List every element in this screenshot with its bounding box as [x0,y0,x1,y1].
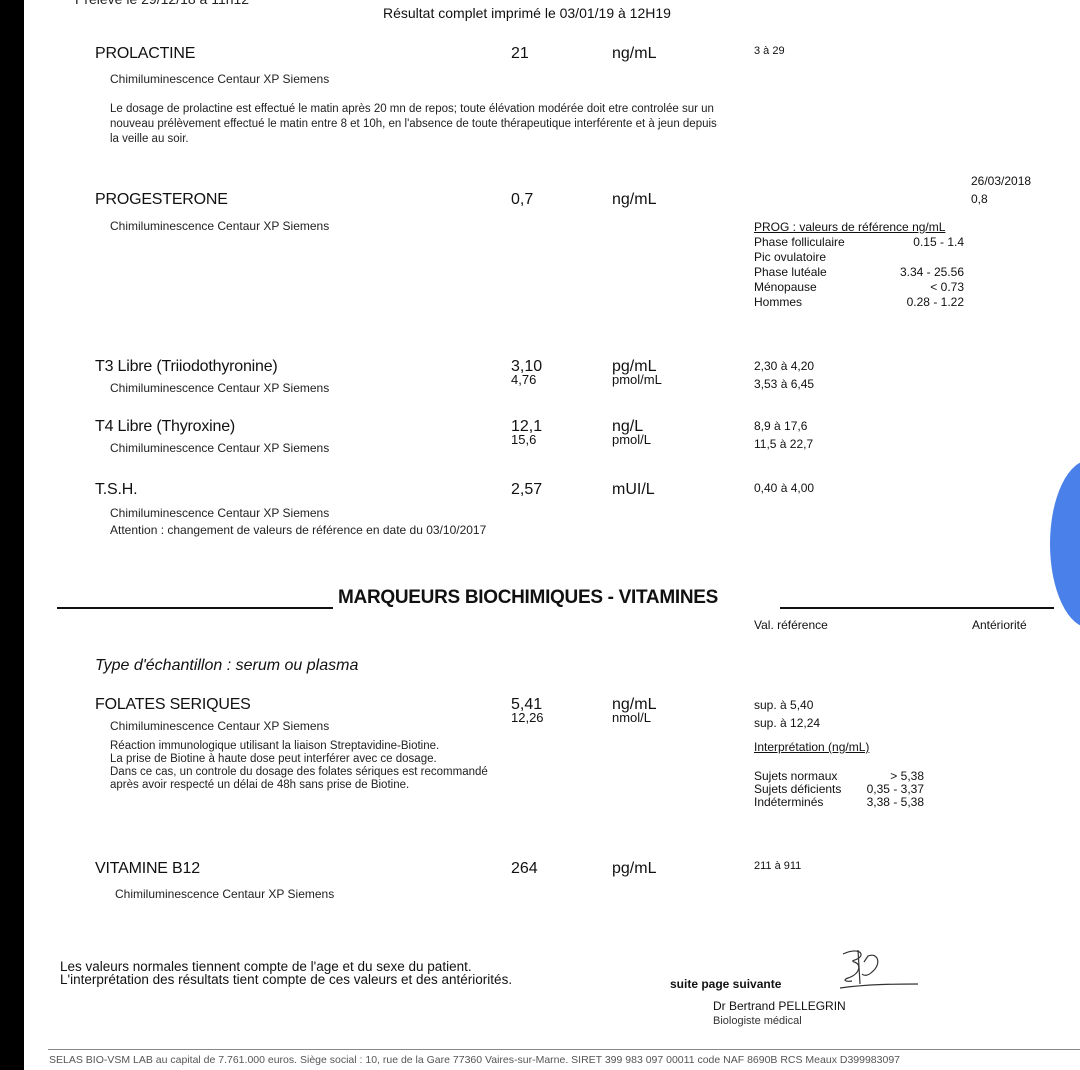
test-value-2: 15,6 [511,434,536,446]
test-unit: mUI/L [612,481,655,499]
test-note-3: Dans ce cas, un controle du dosage des f… [110,766,488,779]
test-name: FOLATES SERIQUES [95,696,251,714]
test-value: 21 [511,45,529,63]
test-name: T4 Libre (Thyroxine) [95,418,235,436]
print-date: Résultat complet imprimé le 03/01/19 à 1… [383,5,671,21]
folates-interpretation-table: Sujets normaux> 5,38 Sujets déficients0,… [754,770,924,809]
test-ref: 3 à 29 [754,45,785,57]
ref-row: Ménopause< 0.73 [754,280,964,295]
section-title: MARQUEURS BIOCHIMIQUES - VITAMINES [338,587,718,609]
column-header-prior: Antériorité [972,618,1027,632]
test-name: PROGESTERONE [95,191,228,209]
progesterone-ref-table: PROG : valeurs de référence ng/mL Phase … [754,220,964,310]
footer-legal: SELAS BIO-VSM LAB au capital de 7.761.00… [49,1054,900,1066]
test-unit: pg/mL [612,860,656,878]
test-unit-2: pmol/L [612,434,651,446]
ref-row: Hommes0.28 - 1.22 [754,295,964,310]
ref-row: Phase lutéale3.34 - 25.56 [754,265,964,280]
test-value: 2,57 [511,481,542,499]
interpretation-title: Interprétation (ng/mL) [754,740,869,754]
test-value-2: 4,76 [511,374,536,386]
sample-type: Type d'échantillon : serum ou plasma [95,657,358,675]
test-method: Chimiluminescence Centaur XP Siemens [115,887,334,901]
test-method: Chimiluminescence Centaur XP Siemens [110,72,329,86]
test-name: T3 Libre (Triiodothyronine) [95,358,278,376]
test-method: Chimiluminescence Centaur XP Siemens [110,381,329,395]
left-edge-bar [0,0,24,1070]
test-note-2: nouveau prélèvement effectué le matin en… [110,118,717,131]
test-method: Chimiluminescence Centaur XP Siemens [110,506,329,520]
test-name: T.S.H. [95,481,137,499]
column-header-reference: Val. référence [754,618,828,632]
ref-table-title: PROG : valeurs de référence ng/mL [754,220,964,235]
doctor-role: Biologiste médical [713,1015,802,1027]
signature-icon [838,948,920,990]
test-ref-2: 3,53 à 6,45 [754,377,814,391]
test-method: Chimiluminescence Centaur XP Siemens [110,441,329,455]
test-ref: 211 à 911 [754,860,801,872]
closing-note-2: L'interprétation des résultats tient com… [60,973,512,986]
section-rule-left [57,607,333,609]
interp-row: Indéterminés3,38 - 5,38 [754,796,924,809]
test-note-1: Le dosage de prolactine est effectué le … [110,103,714,116]
test-name: VITAMINE B12 [95,860,200,878]
footer-separator [48,1049,1080,1050]
test-ref: 2,30 à 4,20 [754,359,814,373]
test-ref: 0,40 à 4,00 [754,481,814,495]
prior-date: 26/03/2018 [971,174,1031,188]
test-unit-2: nmol/L [612,712,651,724]
test-note-4: après avoir respecté un délai de 48h san… [110,779,409,792]
test-unit-2: pmol/mL [612,374,662,386]
ref-row: Phase folliculaire0.15 - 1.4 [754,235,964,250]
test-method: Chimiluminescence Centaur XP Siemens [110,719,329,733]
test-value: 0,7 [511,191,533,209]
sample-date: Prélevé le 29/12/18 à 11h12 [75,0,249,7]
scroll-handle[interactable] [1050,460,1080,628]
doctor-name: Dr Bertrand PELLEGRIN [713,999,846,1013]
test-note-1: Réaction immunologique utilisant la liai… [110,740,439,753]
test-method: Chimiluminescence Centaur XP Siemens [110,219,329,233]
ref-row: Pic ovulatoire [754,250,964,265]
test-ref: sup. à 5,40 [754,698,813,712]
test-note-2: La prise de Biotine à haute dose peut in… [110,753,437,766]
test-name: PROLACTINE [95,45,195,63]
continued-label: suite page suivante [670,977,781,991]
section-rule-right [780,607,1054,609]
test-ref-2: sup. à 12,24 [754,716,820,730]
test-unit: ng/mL [612,45,656,63]
test-ref: 8,9 à 17,6 [754,419,807,433]
test-note: Attention : changement de valeurs de réf… [110,523,486,537]
test-unit: ng/mL [612,191,656,209]
test-value-2: 12,26 [511,712,544,724]
prior-value: 0,8 [971,192,988,206]
test-value: 264 [511,860,538,878]
test-note-3: la veille au soir. [110,133,189,146]
test-ref-2: 11,5 à 22,7 [754,437,813,451]
